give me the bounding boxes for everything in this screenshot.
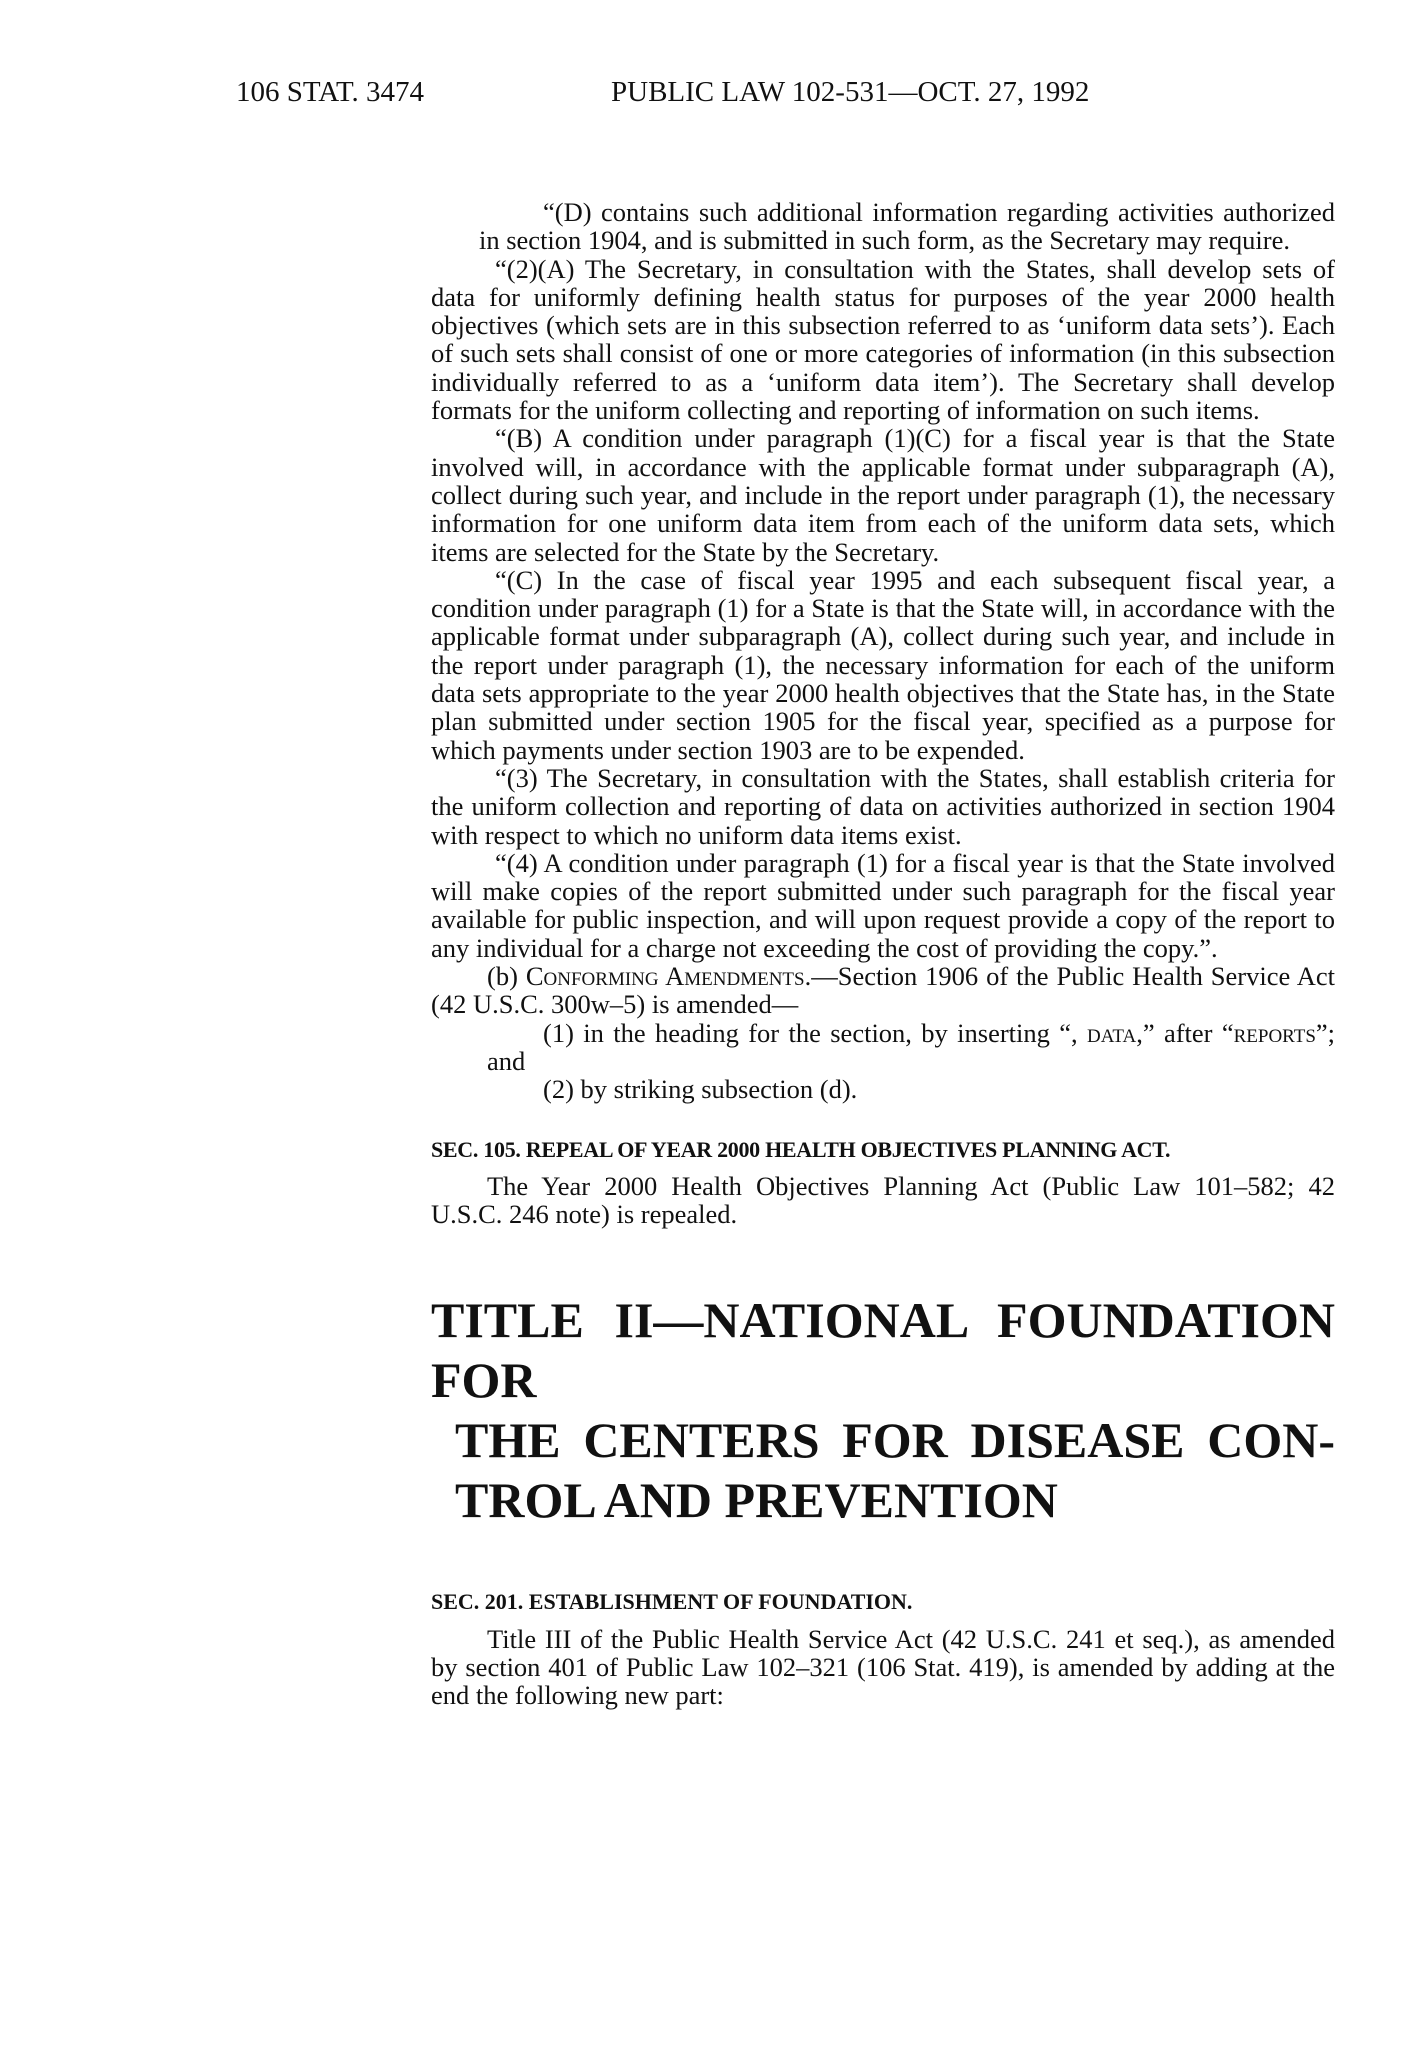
paragraph-2a: “(2)(A) The Secretary, in consultation w… (431, 255, 1335, 425)
item1-data: data (1087, 1018, 1136, 1048)
stat-page-number: 106 STAT. 3474 (236, 74, 424, 110)
paragraph-3: “(3) The Secretary, in consultation with… (431, 764, 1335, 849)
title-ii-heading: TITLE II—NATIONAL FOUNDATION FOR THE CEN… (431, 1290, 1335, 1530)
paragraph-d: “(D) contains such additional informatio… (431, 198, 1335, 255)
paragraph-d-text: “(D) contains such additional informatio… (479, 197, 1335, 255)
conforming-amendments: (b) Conforming Amendments.—Section 1906 … (431, 962, 1335, 1019)
subsection-label: (b) (487, 961, 518, 991)
title-line-2: THE CENTERS FOR DISEASE CON- (431, 1410, 1335, 1470)
section-201-text: Title III of the Public Health Service A… (431, 1625, 1335, 1710)
item1-text: (1) in the heading for the section, by i… (543, 1018, 1087, 1048)
subsection-heading: Conforming Amendments. (526, 961, 811, 991)
item1-reports: reports (1234, 1018, 1316, 1048)
paragraph-c: “(C) In the case of fiscal year 1995 and… (431, 566, 1335, 764)
title-line-1: TITLE II—NATIONAL FOUNDATION FOR (431, 1290, 1335, 1410)
title-line-3: TROL AND PREVENTION (431, 1470, 1335, 1530)
section-105-heading: SEC. 105. REPEAL OF YEAR 2000 HEALTH OBJ… (431, 1136, 1335, 1164)
law-citation: PUBLIC LAW 102-531—OCT. 27, 1992 (611, 74, 1089, 110)
section-201-heading: SEC. 201. ESTABLISHMENT OF FOUNDATION. (431, 1588, 1335, 1616)
document-body: “(D) contains such additional informatio… (431, 198, 1335, 1710)
paragraph-4: “(4) A condition under paragraph (1) for… (431, 849, 1335, 962)
amendment-item-2: (2) by striking subsection (d). (431, 1075, 1335, 1103)
paragraph-b: “(B) A condition under paragraph (1)(C) … (431, 424, 1335, 565)
amendment-item-1: (1) in the heading for the section, by i… (431, 1019, 1335, 1076)
section-105-text: The Year 2000 Health Objectives Planning… (431, 1172, 1335, 1229)
item1-mid: ,” after “ (1136, 1018, 1233, 1048)
